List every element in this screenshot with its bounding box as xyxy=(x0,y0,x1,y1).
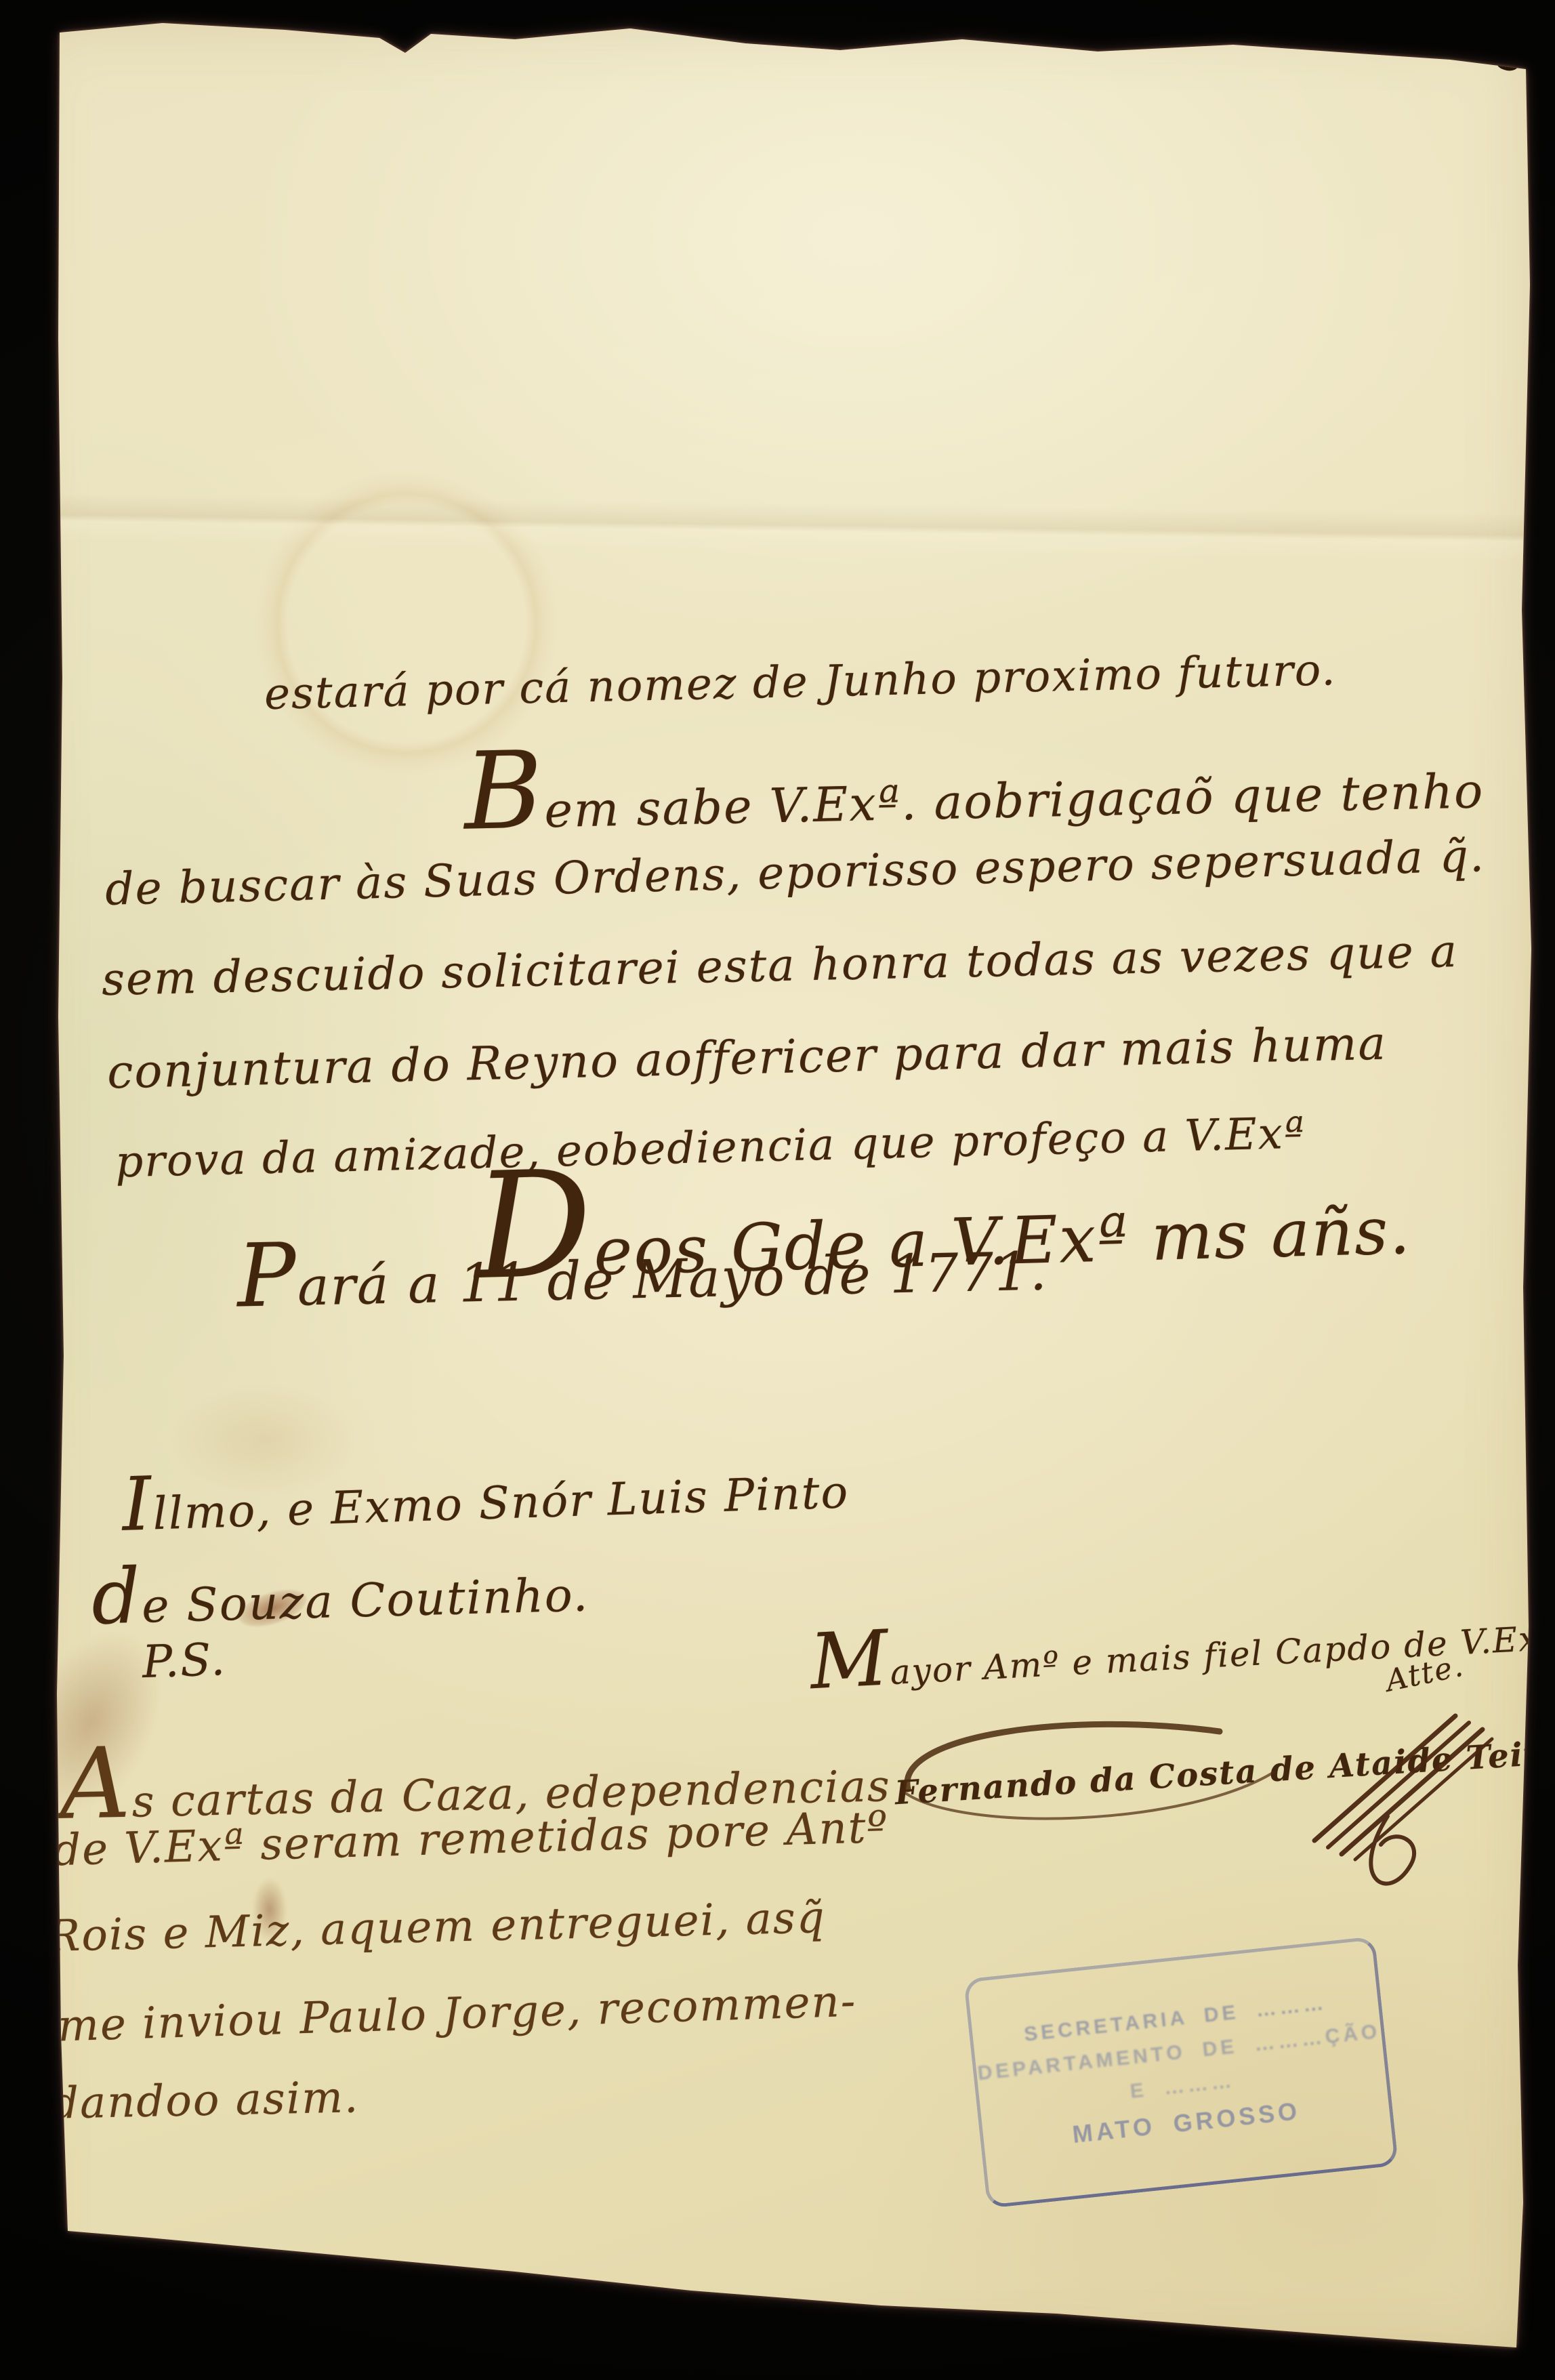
letter-body-line-5: conjuntura do Reyno aoffericer para dar … xyxy=(106,1021,1387,1096)
postscript-line-3: Rois e Miz, aquem entreguei, asq̃ xyxy=(47,1896,826,1958)
archive-stamp: SECRETARIA DE ……… DEPARTAMENTO DE ………ÇÃO… xyxy=(963,1936,1398,2209)
stamp-line-3: E ……… xyxy=(1129,2070,1236,2104)
signature-flourish xyxy=(867,1708,1382,1850)
postscript-line-4: me inviou Paulo Jorge, recommen- xyxy=(57,1979,857,2048)
letter-body-line-2: Bem sabe V.Exª. aobrigaçaõ que tenho xyxy=(463,718,1485,846)
fold-crease xyxy=(0,492,1555,562)
letter-body-line-3: de buscar às Suas Ordens, eporisso esper… xyxy=(104,834,1485,912)
postscript-line-5: dandoo asim. xyxy=(50,2076,359,2126)
rubric-flourish xyxy=(1308,1701,1497,1891)
photo-of-manuscript: estará por cá nomez de Junho proximo fut… xyxy=(0,0,1555,2380)
paper-sheet: estará por cá nomez de Junho proximo fut… xyxy=(0,0,1555,2380)
stamp-line-4: MATO GROSSO xyxy=(1071,2097,1302,2149)
addressee-line-2: de Souza Coutinho. xyxy=(91,1546,589,1635)
corner-ink-mark xyxy=(1494,51,1521,73)
paper-sheet-wrap: estará por cá nomez de Junho proximo fut… xyxy=(0,0,1555,2380)
postscript-label: P.S. xyxy=(142,1637,227,1685)
letter-body-line-4: sem descuido solicitarei esta honra toda… xyxy=(102,929,1459,1002)
dateline: Pará a 11 de Mayo de 1771. xyxy=(236,1216,1049,1321)
